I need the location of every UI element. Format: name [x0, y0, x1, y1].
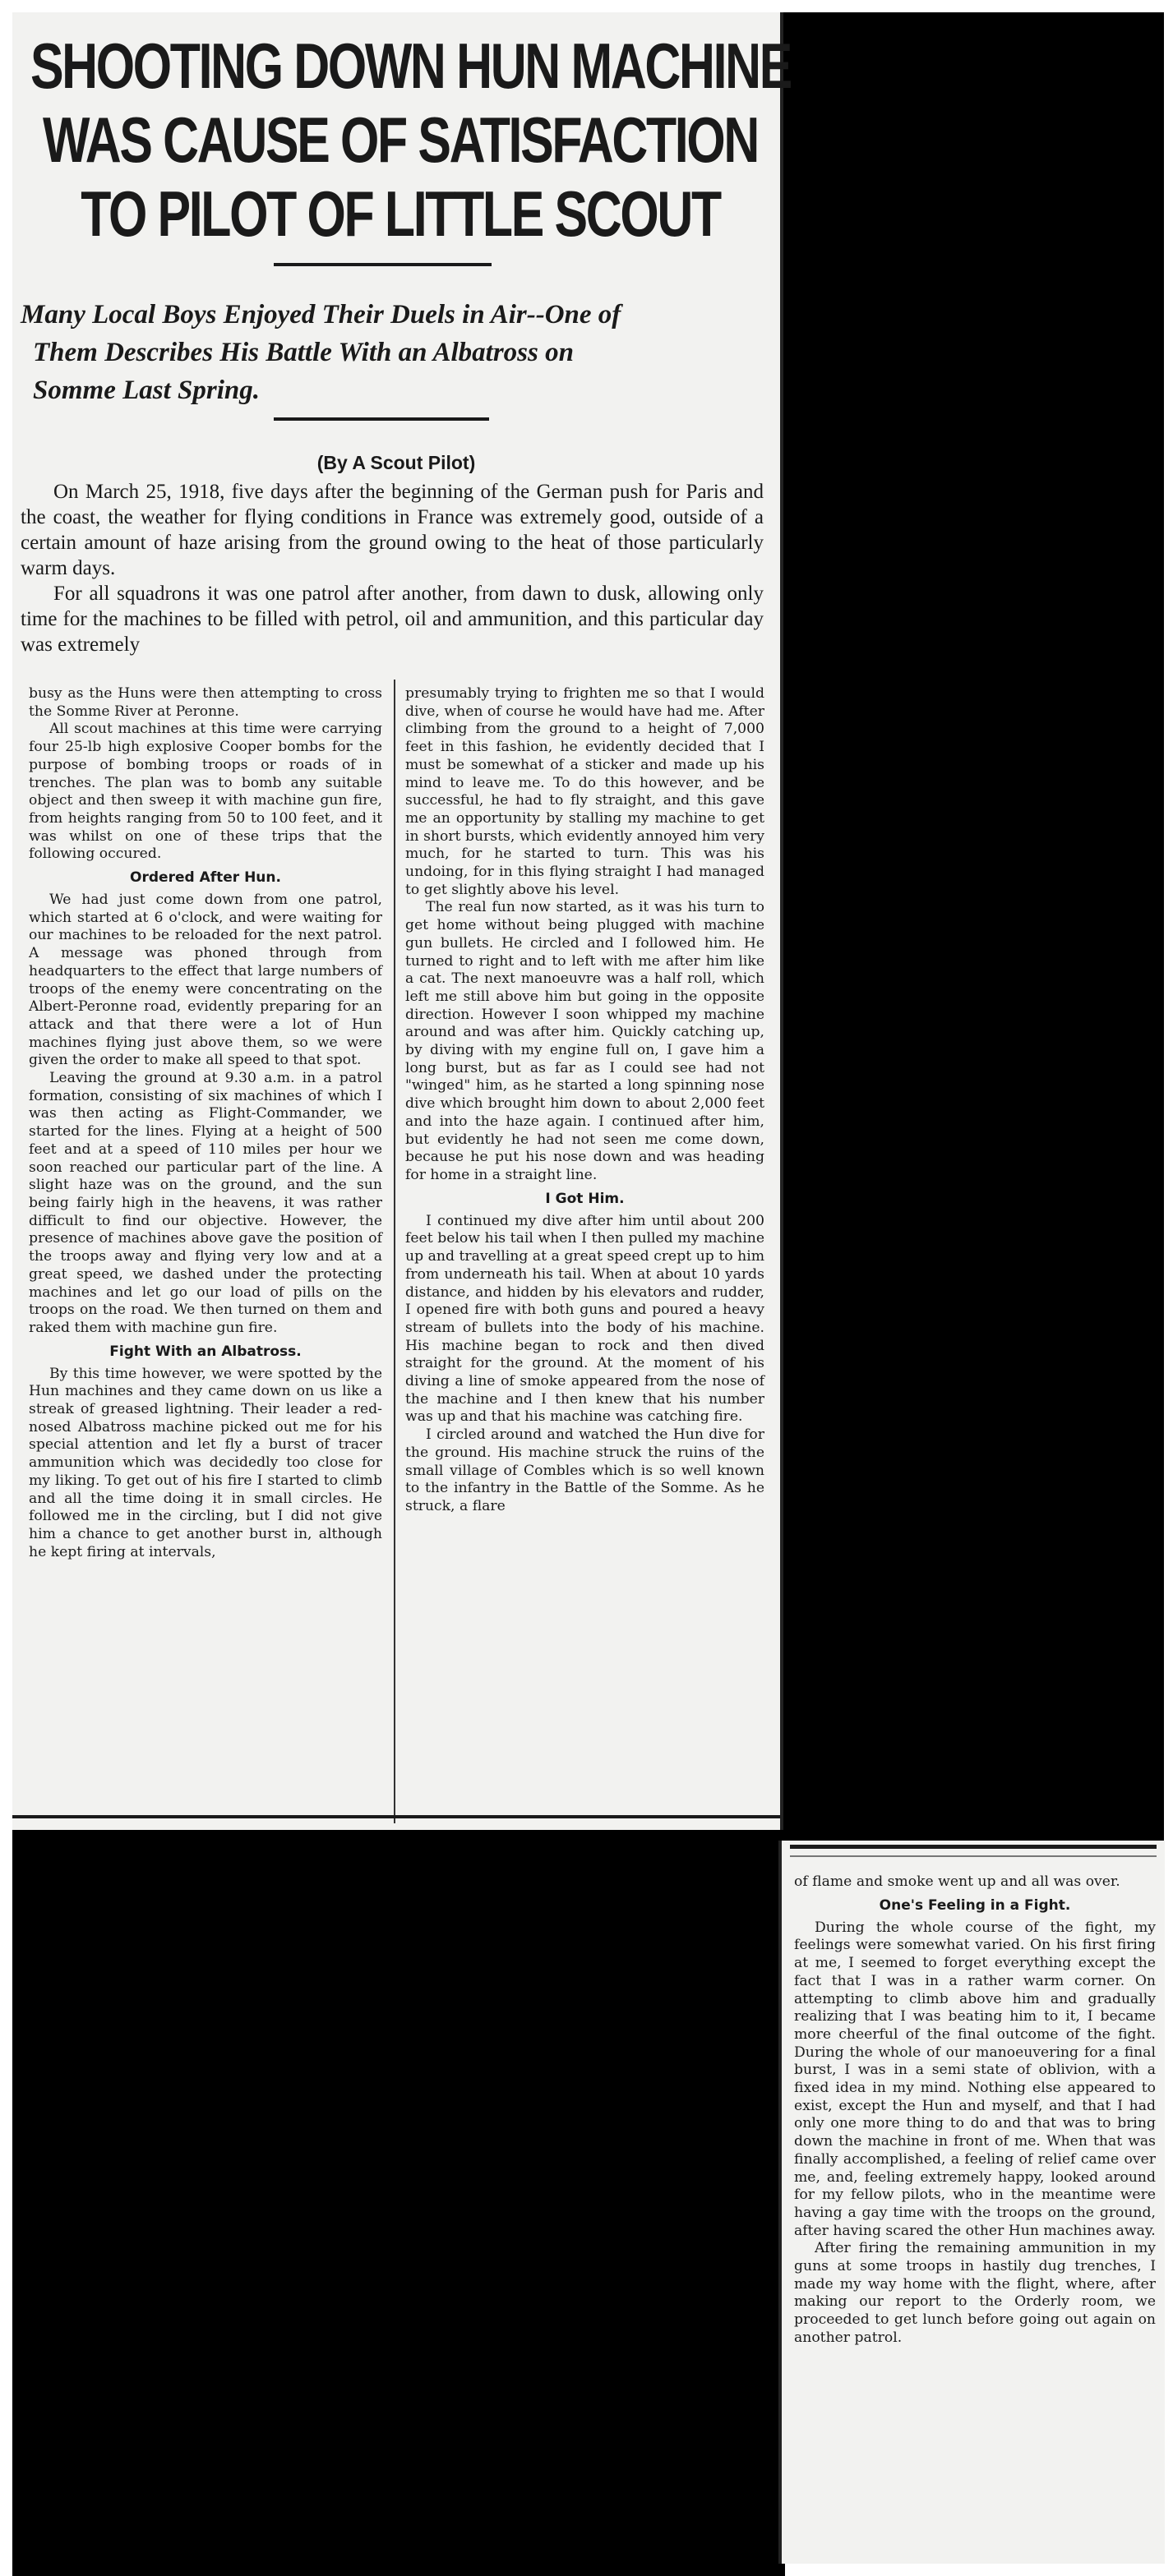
redacted-block-bottom-left	[12, 1830, 785, 2576]
column-paragraph: presumably trying to frighten me so that…	[405, 685, 764, 899]
column-3: of flame and smoke went up and all was o…	[794, 1873, 1156, 2348]
column-paragraph: Leaving the ground at 9.30 a.m. in a pat…	[29, 1070, 382, 1338]
column-paragraph: of flame and smoke went up and all was o…	[794, 1873, 1156, 1892]
column-paragraph: The real fun now started, as it was his …	[405, 899, 764, 1184]
section-heading: I Got Him.	[405, 1190, 764, 1208]
column-2: presumably trying to frighten me so that…	[405, 685, 764, 1516]
column-paragraph: After firing the remaining ammunition in…	[794, 2240, 1156, 2347]
column-paragraph: During the whole course of the fight, my…	[794, 1919, 1156, 2241]
column-paragraph: I circled around and watched the Hun div…	[405, 1426, 764, 1516]
section-heading: Fight With an Albatross.	[29, 1343, 382, 1361]
deck-line-2: Them Describes His Battle With an Albatr…	[21, 334, 772, 371]
intro-paragraph: On March 25, 1918, five days after the b…	[21, 479, 764, 581]
column-1: busy as the Huns were then attempting to…	[29, 685, 382, 1561]
bottom-rule	[12, 1815, 780, 1818]
byline: (By A Scout Pilot)	[12, 452, 780, 474]
article-clipping-main: SHOOTING DOWN HUN MACHINE WAS CAUSE OF S…	[12, 12, 783, 1830]
deck-divider	[274, 417, 489, 421]
column-paragraph: By this time however, we were spotted by…	[29, 1366, 382, 1562]
column-paragraph: busy as the Huns were then attempting to…	[29, 685, 382, 721]
section-heading: Ordered After Hun.	[29, 869, 382, 887]
intro-text: On March 25, 1918, five days after the b…	[21, 479, 764, 657]
headline-divider	[274, 263, 492, 266]
continuation-top-rule-thin	[790, 1855, 1157, 1857]
column-paragraph: We had just come down from one patrol, w…	[29, 892, 382, 1070]
deck-line-3: Somme Last Spring.	[21, 371, 772, 409]
column-paragraph: All scout machines at this time were car…	[29, 721, 382, 864]
subheadline-deck: Many Local Boys Enjoyed Their Duels in A…	[12, 296, 772, 409]
headline-line-1: SHOOTING DOWN HUN MACHINE	[30, 29, 770, 103]
column-divider	[394, 680, 395, 1823]
deck-line-1: Many Local Boys Enjoyed Their Duels in A…	[21, 296, 772, 334]
column-paragraph: I continued my dive after him until abou…	[405, 1213, 764, 1426]
section-heading: One's Feeling in a Fight.	[794, 1896, 1156, 1915]
intro-paragraph: For all squadrons it was one patrol afte…	[21, 581, 764, 657]
headline-line-2: WAS CAUSE OF SATISFACTION	[30, 103, 770, 177]
continuation-top-rule	[790, 1845, 1157, 1849]
headline: SHOOTING DOWN HUN MACHINE WAS CAUSE OF S…	[30, 29, 770, 251]
headline-line-3: TO PILOT OF LITTLE SCOUT	[30, 177, 770, 251]
redacted-block-right	[783, 12, 1164, 1841]
article-clipping-continuation: of flame and smoke went up and all was o…	[778, 1841, 1165, 2564]
